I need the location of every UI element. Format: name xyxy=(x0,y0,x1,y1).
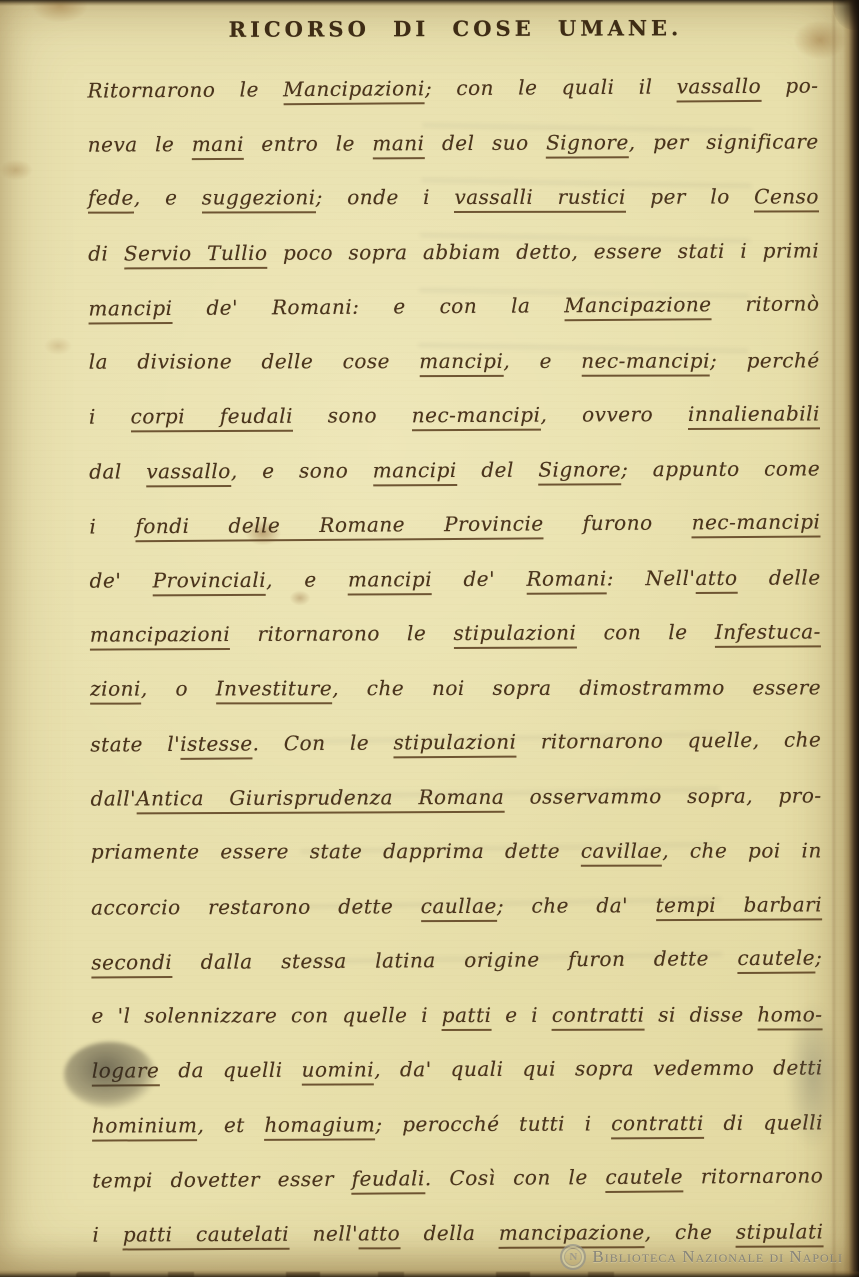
text-segment: tempi dovetter esser xyxy=(92,1167,352,1193)
underlined-word: Antica Giurisprudenza Romana xyxy=(136,784,504,814)
text-segment: i xyxy=(89,514,135,538)
underlined-word: patti cautelati xyxy=(123,1221,289,1250)
text-segment: , e xyxy=(266,567,348,591)
text-segment: ; con le quali il xyxy=(425,74,677,100)
text-segment: : Nell' xyxy=(607,565,696,589)
text-segment: Ritornarono le xyxy=(87,77,283,102)
manuscript-line: mancipazioni ritornarono le stipulazioni… xyxy=(90,604,821,662)
text-segment: del suo xyxy=(424,130,546,155)
text-segment: , ovvero xyxy=(540,402,688,427)
text-segment: sono xyxy=(293,403,412,428)
underlined-word: atto xyxy=(695,565,737,593)
text-segment: accorcio restarono dette xyxy=(91,894,421,919)
manuscript-line: i fondi delle Romane Provincie furono ne… xyxy=(89,494,820,554)
text-segment: si disse xyxy=(644,1002,757,1026)
text-segment: , e sono xyxy=(231,458,373,483)
underlined-word: cautele xyxy=(605,1164,683,1193)
underlined-word: suggezioni xyxy=(202,185,316,213)
paper-fold-line xyxy=(833,0,835,1277)
underlined-word: fede xyxy=(88,186,134,214)
underlined-word: secondi xyxy=(91,950,172,979)
text-segment: ritornarono xyxy=(683,1163,823,1188)
text-segment: dal xyxy=(89,459,146,483)
underlined-word: patti xyxy=(442,1002,492,1030)
text-segment: priamente essere state dapprima dette xyxy=(91,839,581,864)
underlined-word: mancipazioni xyxy=(90,622,230,651)
text-segment: ritornò xyxy=(711,291,819,316)
text-segment: ; onde i xyxy=(316,185,455,209)
text-segment: , per significare xyxy=(629,129,819,154)
underlined-word: fondi delle Romane Provincie xyxy=(135,511,543,542)
underlined-word: mancipi xyxy=(373,457,457,485)
underlined-word: istesse xyxy=(180,731,253,760)
page-title: RICORSO DI COSE UMANE. xyxy=(88,15,823,43)
watermark-text: Biblioteca Nazionale di Napoli xyxy=(592,1247,843,1267)
underlined-word: nec-mancipi xyxy=(581,348,710,376)
text-segment: state l' xyxy=(90,732,180,757)
underlined-word: contratti xyxy=(611,1110,704,1138)
underlined-word: feudali xyxy=(352,1166,425,1195)
text-segment: ; appunto come xyxy=(621,456,820,481)
text-segment: entro le xyxy=(244,131,372,156)
text-segment: dall' xyxy=(91,786,137,810)
text-segment: ritornarono le xyxy=(230,621,453,646)
underlined-word: nec-mancipi xyxy=(692,509,821,538)
manuscript-line: state l'istesse. Con le stipulazioni rit… xyxy=(90,712,821,772)
text-segment: . Così con le xyxy=(425,1165,606,1190)
underlined-word: mani xyxy=(192,131,244,159)
text-segment: con le xyxy=(576,620,714,645)
manuscript-line: di Servio Tullio poco sopra abbiam detto… xyxy=(88,223,819,281)
text-segment: nell' xyxy=(289,1221,358,1245)
text-segment: , e xyxy=(134,185,202,209)
library-logo-icon: N xyxy=(560,1244,586,1270)
text-segment: delle xyxy=(737,565,820,589)
corner-shadow xyxy=(833,0,859,30)
text-segment: , da' quali qui sopra vedemmo detti xyxy=(374,1055,823,1081)
text-segment: . Con le xyxy=(253,730,394,755)
manuscript-line: dall'Antica Giurisprudenza Romana osserv… xyxy=(90,768,821,826)
underlined-word: Provinciali xyxy=(153,567,267,595)
page-edge-bottom xyxy=(0,1270,859,1277)
underlined-word: homagium xyxy=(264,1112,375,1140)
text-segment: i xyxy=(92,1222,122,1246)
text-segment: , e xyxy=(503,348,581,372)
text-segment: del xyxy=(457,457,539,481)
underlined-word: stipulazioni xyxy=(453,620,576,649)
text-segment: , et xyxy=(197,1112,264,1136)
text-segment: , che xyxy=(645,1219,736,1243)
text-segment: della xyxy=(400,1220,499,1244)
manuscript-line: e 'l solennizzare con quelle i patti e i… xyxy=(91,987,822,1043)
manuscript-line: fede, e suggezioni; onde i vassalli rust… xyxy=(88,169,819,225)
manuscript-line: mancipi de' Romani: e con la Mancipazion… xyxy=(88,276,819,336)
manuscript-line: neva le mani entro le mani del suo Signo… xyxy=(88,114,819,172)
underlined-word: uomini xyxy=(302,1057,375,1085)
underlined-word: mancipi xyxy=(88,296,172,325)
text-segment: di xyxy=(88,241,124,265)
text-segment: neva le xyxy=(88,132,192,156)
text-segment: po- xyxy=(761,73,818,97)
underlined-word: cavillae xyxy=(581,839,662,867)
text-segment: dalla stessa latina origine furon dette xyxy=(172,946,737,974)
underlined-word: Censo xyxy=(754,184,819,212)
manuscript-line: tempi dovetter esser feudali. Così con l… xyxy=(92,1148,823,1208)
underlined-word: atto xyxy=(358,1221,400,1249)
text-segment: ; xyxy=(815,945,822,969)
underlined-word: Mancipazioni xyxy=(283,76,425,105)
manuscript-line: i corpi feudali sono nec-mancipi, ovvero… xyxy=(89,386,820,444)
page-edge-right xyxy=(843,0,859,1277)
underlined-word: vassallo xyxy=(677,74,762,103)
text-segment: ; che da' xyxy=(497,893,656,918)
underlined-word: vassalli rustici xyxy=(454,185,626,213)
underlined-word: caullae xyxy=(421,893,497,921)
manuscript-text: Ritornarono le Mancipazioni; con le qual… xyxy=(87,59,823,1261)
manuscript-line: dal vassallo, e sono mancipi del Signore… xyxy=(89,441,820,499)
underlined-word: mani xyxy=(372,131,424,159)
underlined-word: contratti xyxy=(552,1002,645,1030)
text-segment: e 'l solennizzare con quelle i xyxy=(92,1003,442,1028)
text-segment: de' xyxy=(432,566,526,590)
text-segment: furono xyxy=(544,510,692,535)
manuscript-line: accorcio restarono dette caullae; che da… xyxy=(91,877,822,935)
underlined-word: Mancipazione xyxy=(564,292,712,321)
text-segment: per lo xyxy=(626,184,754,208)
underlined-word: stipulazioni xyxy=(393,730,516,759)
text-segment: , o xyxy=(141,676,216,700)
text-segment: de' Romani: e con la xyxy=(172,293,564,320)
text-segment: i xyxy=(89,404,131,428)
underlined-word: cautele xyxy=(737,945,815,974)
text-segment: de' xyxy=(90,568,153,592)
underlined-word: Signore xyxy=(538,457,621,485)
underlined-word: tempi barbari xyxy=(656,892,823,921)
underlined-word: Servio Tullio xyxy=(124,240,268,269)
manuscript-line: priamente essere state dapprima dette ca… xyxy=(91,823,822,879)
underlined-word: Infestuca- xyxy=(715,619,821,647)
manuscript-line: hominium, et homagium; perocché tutti i … xyxy=(92,1095,823,1153)
text-segment: , che noi sopra dimostrammo essere xyxy=(332,675,821,700)
underlined-word: Romani xyxy=(526,566,606,594)
edge-smudge xyxy=(786,1000,840,1150)
underlined-word: Signore xyxy=(546,130,629,158)
text-segment: da quelli xyxy=(159,1058,301,1083)
underlined-word: hominium xyxy=(92,1113,198,1141)
text-segment: la divisione delle cose xyxy=(89,349,420,374)
underlined-word: Investiture xyxy=(216,676,332,704)
underlined-word: corpi feudali xyxy=(131,404,294,433)
underlined-word: nec-mancipi xyxy=(412,403,541,432)
text-segment: ; perché xyxy=(710,348,820,372)
underlined-word: innalienabili xyxy=(688,401,820,430)
ink-blot xyxy=(64,1042,156,1108)
manuscript-line: logare da quelli uomini, da' quali qui s… xyxy=(92,1040,823,1098)
manuscript-line: secondi dalla stessa latina origine furo… xyxy=(91,930,822,990)
text-segment: , che poi in xyxy=(662,838,822,862)
underlined-word: mancipi xyxy=(419,348,503,376)
underlined-word: zioni xyxy=(90,676,141,704)
manuscript-line: la divisione delle cose mancipi, e nec-m… xyxy=(89,333,820,389)
text-segment: ; perocché tutti i xyxy=(375,1111,611,1136)
library-watermark: N Biblioteca Nazionale di Napoli xyxy=(560,1244,843,1270)
page-edge-top xyxy=(0,0,859,6)
text-segment: ritornarono quelle, che xyxy=(516,727,821,753)
library-logo-letter: N xyxy=(569,1251,577,1263)
text-segment: poco sopra abbiam detto, essere stati i … xyxy=(267,238,819,264)
text-segment: osservammo sopra, pro- xyxy=(504,783,821,808)
text-segment: e i xyxy=(491,1002,551,1026)
manuscript-line: de' Provinciali, e mancipi de' Romani: N… xyxy=(90,550,821,608)
underlined-word: mancipi xyxy=(348,567,432,595)
underlined-word: vassallo xyxy=(146,458,231,486)
manuscript-page: RICORSO DI COSE UMANE. Ritornarono le Ma… xyxy=(0,0,859,1277)
manuscript-line: Ritornarono le Mancipazioni; con le qual… xyxy=(87,58,818,118)
manuscript-line: zioni, o Investiture, che noi sopra dimo… xyxy=(90,660,821,716)
